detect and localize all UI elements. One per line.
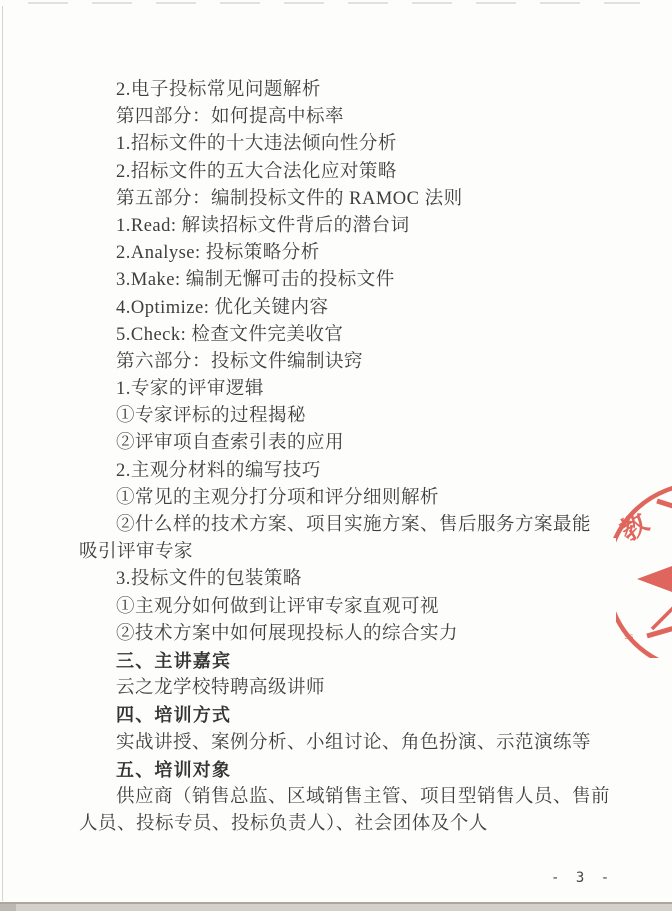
text-line: ②评审项自查索引表的应用 (79, 430, 606, 457)
text-line: 四、培训方式 (79, 702, 606, 729)
text-line: 4.Optimize: 优化关键内容 (79, 295, 606, 322)
scan-shadow-bottom (0, 902, 672, 911)
seal-character-fragment (647, 627, 672, 636)
seal-character-fragment (652, 606, 672, 629)
text-line: 2.主观分材料的编写技巧 (79, 458, 606, 485)
official-seal: 教 ss (600, 478, 672, 658)
text-line: 5.Check: 检查文件完美收官 (79, 322, 606, 349)
text-line: 第六部分：投标文件编制诀窍 (79, 349, 606, 376)
text-line: 人员、投标专员、投标负责人）、社会团体及个人 (79, 811, 606, 838)
scan-edge-top (28, 2, 640, 4)
text-line: ①主观分如何做到让评审专家直观可视 (79, 594, 606, 621)
seal-serial: ss (624, 632, 634, 641)
text-line: 2.电子投标常见问题解析 (79, 77, 606, 104)
page-number: - 3 - (551, 870, 613, 886)
scan-shadow-corner (0, 904, 16, 911)
text-line: 2.Analyse: 投标策略分析 (79, 240, 606, 267)
text-line: ②什么样的技术方案、项目实施方案、售后服务方案最能 (79, 512, 606, 539)
scanned-page: { "doc": { "page_number": "- 3 -", "line… (0, 0, 672, 911)
seal-character: 教 (615, 507, 655, 547)
text-line: 1.招标文件的十大违法倾向性分析 (79, 131, 606, 158)
scan-edge-left (2, 6, 3, 901)
text-line: 供应商（销售总监、区域销售主管、项目型销售人员、售前 (79, 784, 606, 811)
text-line: 吸引评审专家 (79, 539, 606, 566)
text-line: 1.专家的评审逻辑 (79, 376, 606, 403)
text-line: ①专家评标的过程揭秘 (79, 403, 606, 430)
text-line: 2.招标文件的五大合法化应对策略 (79, 159, 606, 186)
text-line: 3.Make: 编制无懈可击的投标文件 (79, 267, 606, 294)
text-line: 五、培训对象 (79, 757, 606, 784)
document-body: 2.电子投标常见问题解析第四部分：如何提高中标率1.招标文件的十大违法倾向性分析… (79, 77, 606, 838)
text-line: 实战讲授、案例分析、小组讨论、角色扮演、示范演练等 (79, 730, 606, 757)
text-line: 3.投标文件的包装策略 (79, 566, 606, 593)
seal-character-fragment (657, 501, 672, 507)
text-line: ②技术方案中如何展现投标人的综合实力 (79, 621, 606, 648)
text-line: 第四部分：如何提高中标率 (79, 104, 606, 131)
text-line: 云之龙学校特聘高级讲师 (79, 675, 606, 702)
text-line: 1.Read: 解读招标文件背后的潜台词 (79, 213, 606, 240)
text-line: 第五部分：编制投标文件的 RAMOC 法则 (79, 186, 606, 213)
text-line: 三、主讲嘉宾 (79, 648, 606, 675)
text-line: ①常见的主观分打分项和评分细则解析 (79, 485, 606, 512)
